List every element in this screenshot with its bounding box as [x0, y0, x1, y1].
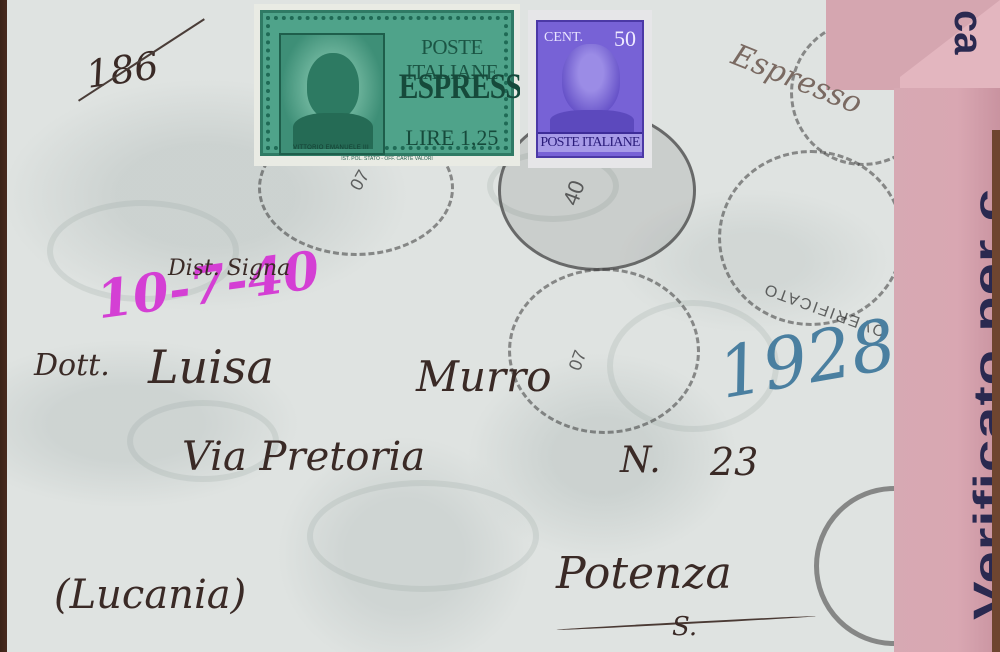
address-salutation: Dist. Signa	[168, 256, 290, 281]
stamp-caption: POSTE ITALIANE	[538, 132, 642, 152]
stamp-title: ESPRESSO	[399, 65, 506, 107]
portrait-head	[307, 53, 359, 119]
portrait-uniform	[293, 113, 373, 149]
address-street: Via Pretoria	[182, 434, 425, 480]
cent-label: CENT.	[544, 30, 583, 46]
city-suffix: S.	[672, 612, 697, 642]
wooden-table-edge	[992, 130, 1000, 652]
address-last-name: Murro	[416, 352, 552, 401]
portrait-caption: VITTORIO EMANUELE III	[283, 145, 379, 151]
address-number-label: N.	[620, 440, 661, 481]
king-portrait: VITTORIO EMANUELE III	[279, 33, 385, 155]
printer-imprint: IST. POL. STATO - OFF. CARTE VALORI	[263, 156, 511, 162]
espresso-stamp: VITTORIO EMANUELE III POSTE ITALIANE ESP…	[254, 4, 520, 166]
stamp-value: 50	[614, 26, 636, 52]
address-region: (Lucania)	[54, 572, 246, 618]
address-first-name: Luisa	[148, 340, 274, 394]
censor-tape-top-text: ca	[945, 10, 990, 55]
address-number: 23	[710, 440, 758, 484]
address-title: Dott.	[34, 348, 110, 383]
postmark-circle	[508, 268, 700, 434]
marble-vein	[307, 480, 539, 592]
fifty-cent-stamp: CENT. 50 POSTE ITALIANE	[528, 10, 652, 168]
king-portrait	[562, 44, 620, 116]
address-city: Potenza	[556, 548, 732, 599]
stamp-value: LIRE 1,25	[387, 125, 517, 151]
